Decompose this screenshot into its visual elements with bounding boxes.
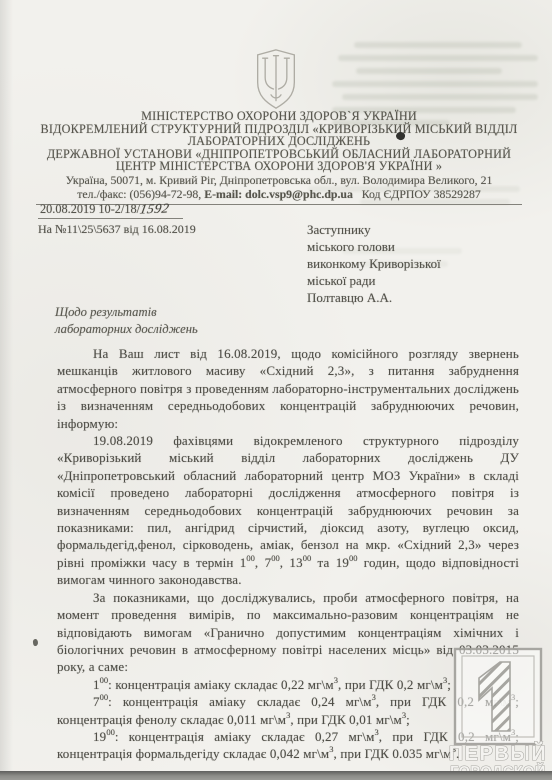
outgoing-reference: 20.08.2019 10-2/18/1592 <box>38 201 183 219</box>
ghost-line <box>356 68 502 74</box>
org-address: Україна, 50071, м. Кривий Ріг, Дніпропет… <box>28 174 530 188</box>
email: E-mail: dolc.vsp9@phc.dp.ua <box>204 187 353 201</box>
ghost-line <box>332 81 538 87</box>
recipient-line: Полтавцю А.А. <box>307 289 441 306</box>
subject-block: Щодо результатів лабораторних досліджень <box>55 304 198 337</box>
recipient-line: міської ради <box>307 272 441 289</box>
subject-line: лабораторних досліджень <box>55 321 198 338</box>
scanned-letter-page: МІНІСТЕРСТВО ОХОРОНИ ЗДОРОВ`Я УКРАЇНИ ВІ… <box>0 0 552 780</box>
org-name-line2: ЛАБОРАТОРНИХ ДОСЛІДЖЕНЬ <box>28 135 530 148</box>
paragraph-research: 19.08.2019 фахівцями відокремленого стру… <box>57 432 519 589</box>
reference-block: 20.08.2019 10-2/18/1592 На №11\25\5637 в… <box>38 201 196 237</box>
subject-line: Щодо результатів <box>55 304 198 321</box>
edrpou-code: Код ЄДРПОУ 38529287 <box>362 187 481 201</box>
ukraine-trident-emblem <box>251 44 301 119</box>
org-contacts: тел./факс: (056)94-72-98, E-mail: dolc.v… <box>28 188 530 201</box>
ghost-line <box>338 55 538 61</box>
phone-fax: тел./факс: (056)94-72-98, <box>77 187 201 201</box>
ink-speck <box>33 639 39 647</box>
ghost-line <box>342 94 538 100</box>
recipient-line: міського голови <box>307 238 441 255</box>
incoming-reference: На №11\25\5637 від 16.08.2019 <box>38 222 196 237</box>
handwritten-number: 1592 <box>139 200 171 217</box>
ministry-name: МІНІСТЕРСТВО ОХОРОНИ ЗДОРОВ`Я УКРАЇНИ <box>28 110 530 123</box>
recipient-line: виконкому Криворізької <box>307 255 441 272</box>
ghost-line <box>354 42 522 48</box>
pervyi-gorodskoy-watermark: ПЕРВЫЙ ГОРОДСКОЙ <box>446 647 550 780</box>
watermark-text-line1: ПЕРВЫЙ <box>449 741 547 765</box>
recipient-block: Заступнику міського голови виконкому Кри… <box>307 221 441 306</box>
scanner-edge-band <box>0 771 552 780</box>
letterhead: МІНІСТЕРСТВО ОХОРОНИ ЗДОРОВ`Я УКРАЇНИ ВІ… <box>28 110 530 205</box>
org-name-line4: ЦЕНТР МІНІСТЕРСТВА ОХОРОНИ ЗДОРОВ'Я УКРА… <box>28 160 530 173</box>
paragraph-intro: На Ваш лист від 16.08.2019, щодо комісій… <box>57 345 519 432</box>
recipient-line: Заступнику <box>307 221 441 238</box>
